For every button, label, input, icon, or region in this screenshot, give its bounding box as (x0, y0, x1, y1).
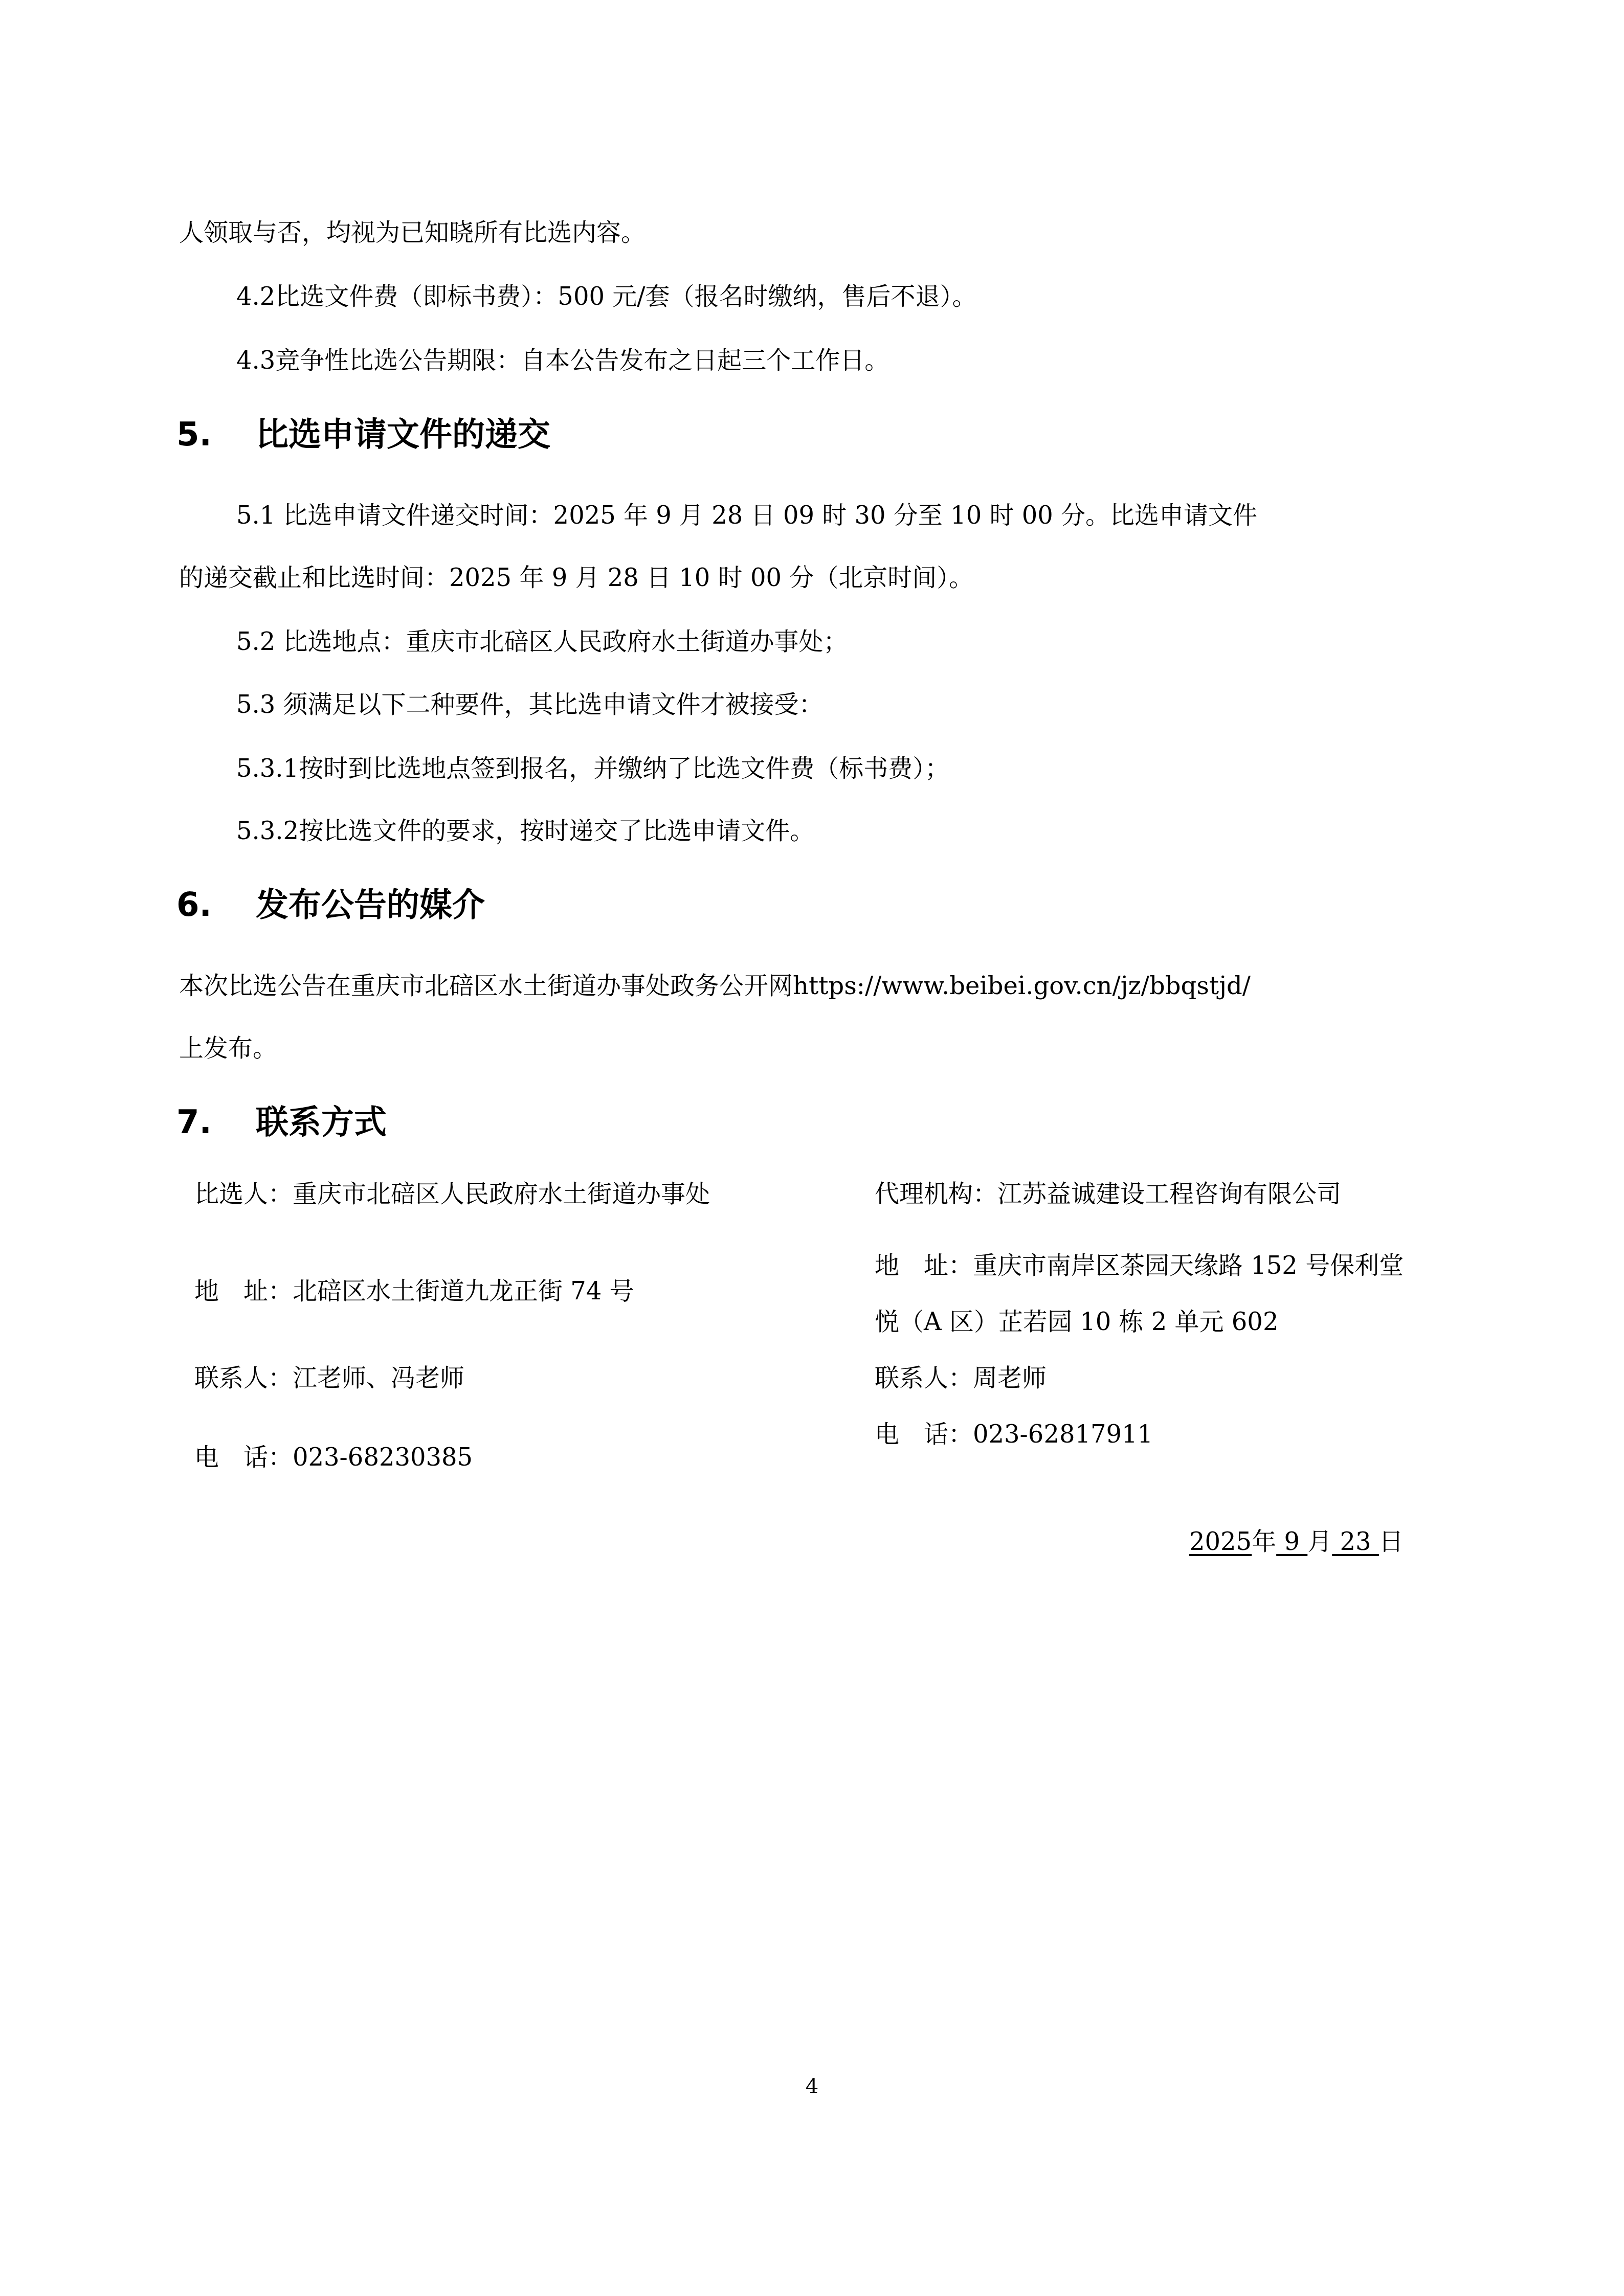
section-6-number: 6. (176, 885, 256, 926)
purchaser-contact: 联系人：江老师、冯老师 (194, 1363, 464, 1393)
paragraph-4-3: 4.3竞争性比选公告期限：自本公告发布之日起三个工作日。 (236, 345, 889, 376)
date-month-suffix: 月 (1307, 1527, 1332, 1556)
paragraph-4-2: 4.2比选文件费（即标书费）：500 元/套（报名时缴纳，售后不退）。 (236, 281, 976, 312)
agency-phone: 电 话：023-62817911 (875, 1419, 1153, 1450)
section-7-title: 联系方式 (256, 1104, 387, 1141)
purchaser-name: 比选人：重庆市北碚区人民政府水土街道办事处 (194, 1179, 710, 1209)
agency-contact: 联系人：周老师 (875, 1363, 1047, 1393)
document-page: 人领取与否，均视为已知晓所有比选内容。 4.2比选文件费（即标书费）：500 元… (0, 0, 1624, 2296)
paragraph-5-2: 5.2 比选地点：重庆市北碚区人民政府水土街道办事处； (236, 626, 848, 657)
section-6-title: 发布公告的媒介 (256, 886, 485, 924)
date-month: 9 (1276, 1526, 1307, 1557)
date-day: 23 (1332, 1526, 1379, 1557)
paragraph-continuation: 人领取与否，均视为已知晓所有比选内容。 (179, 217, 646, 248)
paragraph-5-1-line2: 的递交截止和比选时间：2025 年 9 月 28 日 10 时 00 分（北京时… (179, 562, 973, 593)
purchaser-address: 地 址：北碚区水土街道九龙正街 74 号 (194, 1276, 634, 1307)
paragraph-5-3-1: 5.3.1按时到比选地点签到报名，并缴纳了比选文件费（标书费）； (236, 753, 949, 784)
section-7-heading: 7.联系方式 (176, 1102, 387, 1143)
paragraph-5-3-2: 5.3.2按比选文件的要求，按时递交了比选申请文件。 (236, 816, 814, 846)
page-number: 4 (0, 2074, 1624, 2099)
date-year-suffix: 年 (1252, 1527, 1276, 1556)
purchaser-phone: 电 话：023-68230385 (194, 1442, 473, 1473)
section-5-number: 5. (176, 414, 256, 455)
paragraph-6-line1: 本次比选公告在重庆市北碚区水土街道办事处政务公开网https://www.bei… (179, 971, 1251, 1001)
agency-address-line1: 地 址：重庆市南岸区茶园天缘路 152 号保利堂 (875, 1250, 1404, 1281)
paragraph-5-3: 5.3 须满足以下二种要件，其比选申请文件才被接受： (236, 689, 824, 720)
section-5-title: 比选申请文件的递交 (256, 416, 550, 454)
date-day-suffix: 日 (1379, 1527, 1404, 1556)
section-5-heading: 5.比选申请文件的递交 (176, 414, 550, 455)
section-6-heading: 6.发布公告的媒介 (176, 885, 485, 926)
paragraph-6-line2: 上发布。 (179, 1033, 277, 1064)
agency-address-line2: 悦（A 区）芷若园 10 栋 2 单元 602 (875, 1307, 1278, 1337)
signature-date: 2025年 9 月 23 日 (1189, 1526, 1404, 1557)
agency-name: 代理机构：江苏益诚建设工程咨询有限公司 (875, 1179, 1341, 1209)
date-year: 2025 (1189, 1527, 1252, 1556)
paragraph-5-1-line1: 5.1 比选申请文件递交时间：2025 年 9 月 28 日 09 时 30 分… (236, 500, 1257, 531)
section-7-number: 7. (176, 1102, 256, 1143)
